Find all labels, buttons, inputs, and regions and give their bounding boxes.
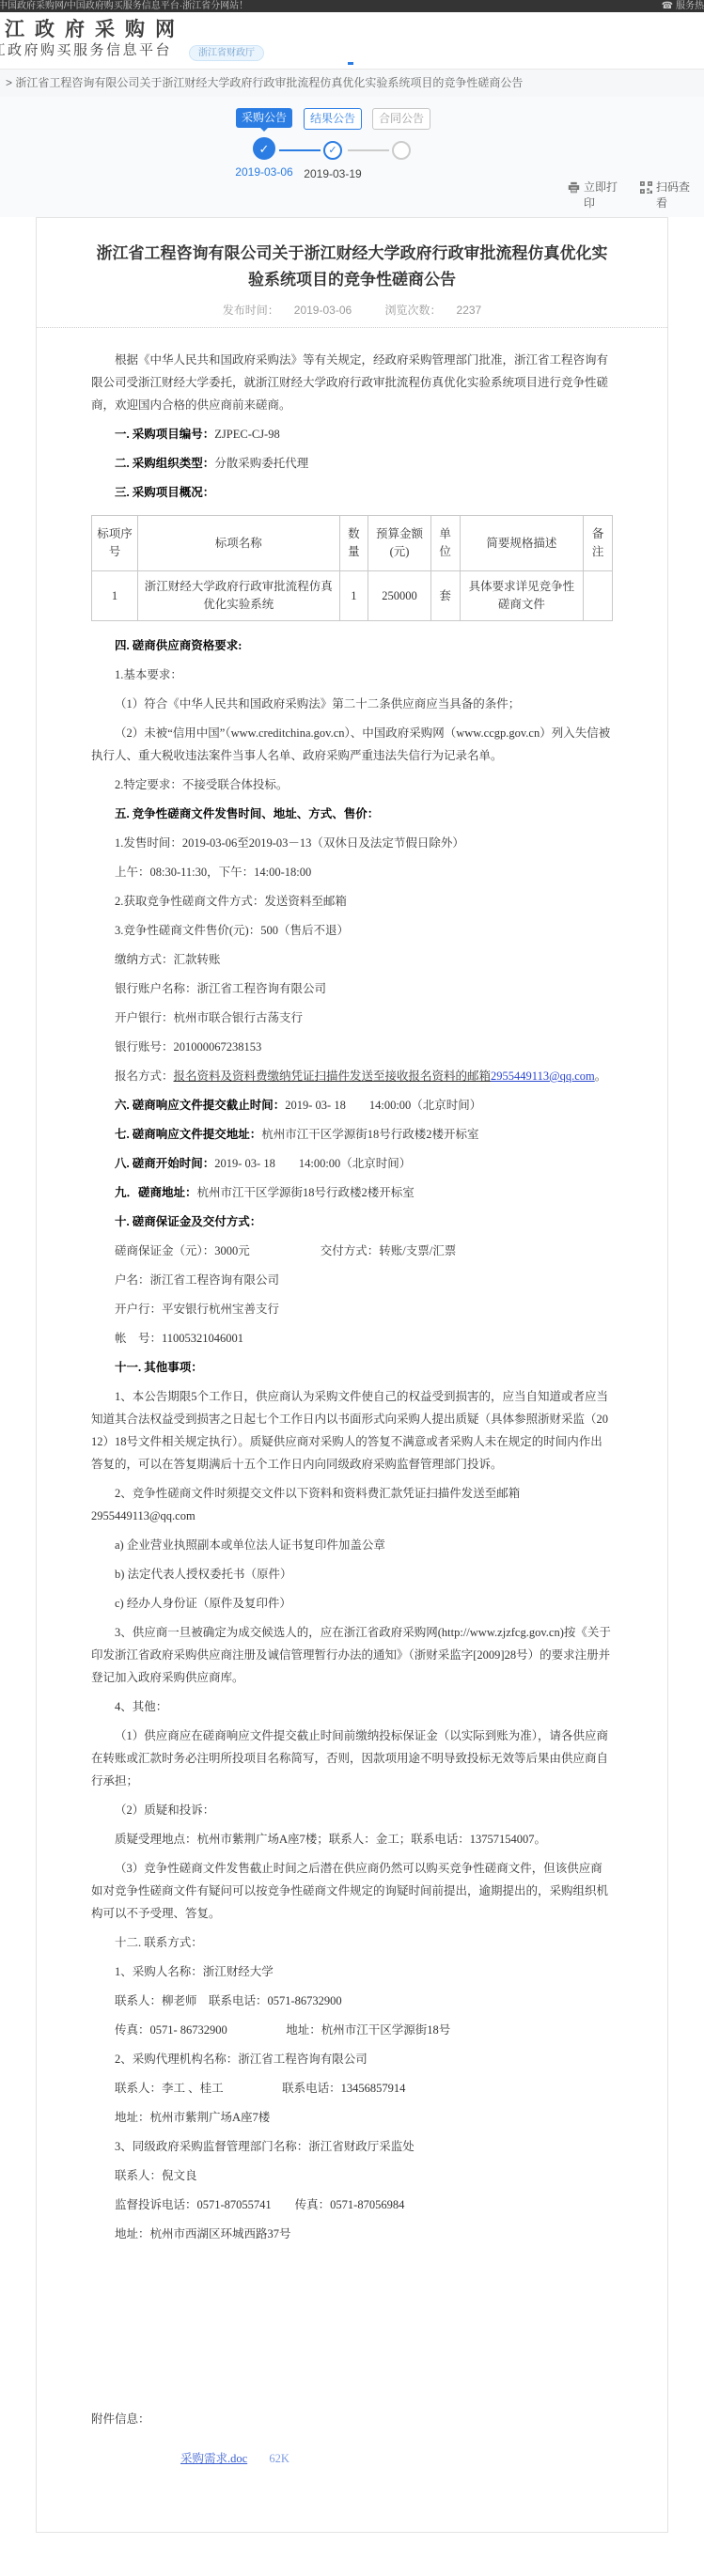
body-line: 4、其他： <box>91 1695 613 1718</box>
site-header: 浙江政府采购网 浙江政府购买服务信息平台 浙江省财政厅 <box>0 12 704 70</box>
line-heading: 十. 磋商保证金及交付方式： <box>115 1215 261 1228</box>
line-heading: 十一. 其他事项： <box>115 1361 203 1374</box>
lot-table-header-cell: 简要规格描述 <box>460 516 584 571</box>
body-line: （2）质疑和投诉： <box>91 1799 613 1821</box>
line-text: ZJPEC-CJ-98 <box>214 428 279 441</box>
body-line: 十一. 其他事项： <box>91 1356 613 1379</box>
body-line: （1）符合《中华人民共和国政府采购法》第二十二条供应商应当具备的条件； <box>91 693 613 715</box>
lot-table-header-cell: 单位 <box>430 516 460 571</box>
body-line: c) 经办人身份证（原件及复印件） <box>91 1592 613 1615</box>
progress-steps: 采购公告 ✓ 2019-03-06 结果公告 ✓ 2019-03-19 合同公告 <box>230 108 443 180</box>
line-text: 开户行：平安银行杭州宝善支行 <box>115 1303 279 1316</box>
line-heading: 七. 磋商响应文件提交地址： <box>115 1128 261 1141</box>
progress-step-tab[interactable]: 采购公告 <box>236 108 292 128</box>
line-text: 3.竞争性磋商文件售价(元)：500（售后不退） <box>115 924 349 937</box>
lot-table-cell: 具体要求详见竞争性磋商文件 <box>460 571 584 621</box>
line-text: （2）未被“信用中国”（www.creditchina.gov.cn）、中国政府… <box>91 726 610 762</box>
body-line: 1、采购人名称：浙江财经大学 <box>91 1960 613 1983</box>
line-text: 根据《中华人民共和国政府采购法》等有关规定，经政府采购管理部门批准，浙江省工程咨… <box>91 353 608 412</box>
body-line: 地址：杭州市西湖区环城西路37号 <box>91 2223 613 2245</box>
body-line: 2、竞争性磋商文件时须提交文件以下资料和资料费汇款凭证扫描件发送至邮箱29554… <box>91 1482 613 1527</box>
line-heading: 五. 竞争性磋商文件发售时间、地址、方式、售价： <box>115 807 379 820</box>
line-text: 联系人：李工 、桂工 联系电话：13456857914 <box>115 2082 405 2095</box>
body-line: 上午：08:30-11:30，下午：14:00-18:00 <box>91 861 613 883</box>
page-actions: 立即打印 扫码查看 <box>568 180 699 211</box>
breadcrumb: > 浙江省工程咨询有限公司关于浙江财经大学政府行政审批流程仿真优化实验系统项目的… <box>0 70 704 97</box>
body-line: 三. 采购项目概况： <box>91 481 613 504</box>
line-text: 3、同级政府采购监督管理部门名称：浙江省财政厅采监处 <box>115 2140 415 2153</box>
lot-table-header-cell: 标项名称 <box>138 516 339 571</box>
main-nav <box>326 41 412 55</box>
progress-step: 结果公告 ✓ 2019-03-19 <box>299 108 368 180</box>
body-line: 3.竞争性磋商文件售价(元)：500（售后不退） <box>91 919 613 942</box>
body-line: 六. 磋商响应文件提交截止时间：2019- 03- 18 14:00:00（北京… <box>91 1094 613 1116</box>
body-line: 银行账户名称：浙江省工程咨询有限公司 <box>91 977 613 1000</box>
check-circle-icon <box>392 141 411 160</box>
body-line: 根据《中华人民共和国政府采购法》等有关规定，经政府采购管理部门批准，浙江省工程咨… <box>91 349 613 416</box>
qrcode-icon <box>640 181 652 194</box>
line-text: （1）供应商应在磋商响应文件提交截止时间前缴纳投标保证金（以实际到账为准），请各… <box>91 1729 608 1788</box>
phone-icon: ☎ <box>662 1 676 11</box>
site-name: 浙江政府采购网 <box>0 19 185 41</box>
line-heading: 四. 磋商供应商资格要求: <box>115 639 242 652</box>
line-continuation: 2955449113@qq.com <box>91 1505 613 1527</box>
body-line: 监督投诉电话：0571-87055741 传真：0571-87056984 <box>91 2194 613 2216</box>
printer-icon <box>568 181 580 194</box>
lot-table-row: 1浙江财经大学政府行政审批流程仿真优化实验系统1250000套具体要求详见竞争性… <box>92 571 613 621</box>
announcement-card: 浙江省工程咨询有限公司关于浙江财经大学政府行政审批流程仿真优化实验系统项目的竞争… <box>36 217 668 2533</box>
line-text: 杭州市江干区学源街18号行政楼2楼开标室 <box>197 1186 415 1199</box>
line-text: 开户银行：杭州市联合银行古荡支行 <box>115 1011 303 1024</box>
body-line: 十. 磋商保证金及交付方式： <box>91 1210 613 1233</box>
progress-zone: 采购公告 ✓ 2019-03-06 结果公告 ✓ 2019-03-19 合同公告… <box>0 97 704 217</box>
attachment-section: 附件信息： 采购需求.doc 62K <box>91 2410 613 2466</box>
body-line: 1.发售时间：2019-03-06至2019-03－13（双休日及法定节假日除外… <box>91 832 613 854</box>
line-text: （2）质疑和投诉： <box>115 1803 214 1817</box>
line-heading: 一. 采购项目编号： <box>115 428 214 441</box>
body-line: 2、采购代理机构名称：浙江省工程咨询有限公司 <box>91 2048 613 2070</box>
hotline-label: 服务热线： <box>676 1 704 11</box>
lot-table-header-cell: 数量 <box>339 516 368 571</box>
progress-step-date: 2019-03-19 <box>304 167 361 180</box>
attachment-file-link[interactable]: 采购需求.doc <box>180 2452 247 2465</box>
body-line: （2）未被“信用中国”（www.creditchina.gov.cn）、中国政府… <box>91 722 613 767</box>
body-line: （1）供应商应在磋商响应文件提交截止时间前缴纳投标保证金（以实际到账为准），请各… <box>91 1725 613 1792</box>
body-line: 银行账号：201000067238153 <box>91 1036 613 1058</box>
body-line: 七. 磋商响应文件提交地址：杭州市江干区学源街18号行政楼2楼开标室 <box>91 1123 613 1146</box>
line-tail: 。 <box>595 1069 607 1083</box>
line-text: 2、采购代理机构名称：浙江省工程咨询有限公司 <box>115 2053 368 2066</box>
line-text: 2、竞争性磋商文件时须提交文件以下资料和资料费汇款凭证扫描件发送至邮箱 <box>115 1487 520 1500</box>
line-heading: 八. 磋商开始时间： <box>115 1157 214 1170</box>
progress-step-date: 2019-03-06 <box>235 165 292 179</box>
line-text: 地址：杭州市紫荆广场A座7楼 <box>115 2111 270 2124</box>
line-text: 4、其他： <box>115 1700 167 1713</box>
progress-step-tab[interactable]: 结果公告 <box>304 108 362 130</box>
intro-section: 根据《中华人民共和国政府采购法》等有关规定，经政府采购管理部门批准，浙江省工程咨… <box>91 349 613 504</box>
line-text: b) 法定代表人授权委托书（原件） <box>115 1568 292 1581</box>
body-line: 3、供应商一旦被确定为成交候选人的，应在浙江省政府采购网(http://www.… <box>91 1621 613 1689</box>
underlined-text: 报名资料及资料费缴纳凭证扫描件发送至接收报名资料的邮箱 <box>174 1069 492 1083</box>
line-text: 2.特定要求：不接受联合体投标。 <box>115 778 288 791</box>
body-line: 质疑受理地点：杭州市紫荆广场A座7楼；联系人：金工；联系电话：137571540… <box>91 1828 613 1850</box>
line-text: 户名：浙江省工程咨询有限公司 <box>115 1273 279 1287</box>
attachment-row: 采购需求.doc 62K <box>180 2449 613 2466</box>
line-text: 分散采购委托代理 <box>214 457 308 470</box>
qrcode-label: 扫码查看 <box>656 180 690 210</box>
line-text: 2019- 03- 18 14:00:00（北京时间） <box>214 1157 411 1170</box>
line-text: 监督投诉电话：0571-87055741 传真：0571-87056984 <box>115 2198 404 2211</box>
body-line: 2.特定要求：不接受联合体投标。 <box>91 773 613 796</box>
print-button[interactable]: 立即打印 <box>568 180 627 211</box>
line-text: 1.基本要求： <box>115 668 182 681</box>
lot-table-cell: 套 <box>430 571 460 621</box>
body-line: a) 企业营业执照副本或单位法人证书复印件加盖公章 <box>91 1534 613 1556</box>
line-text: 联系人：柳老师 联系电话：0571-86732900 <box>115 1994 342 2007</box>
line-heading: 六. 磋商响应文件提交截止时间： <box>115 1099 285 1112</box>
attachment-file-size: 62K <box>269 2452 289 2465</box>
body-line: 3、同级政府采购监督管理部门名称：浙江省财政厅采监处 <box>91 2135 613 2158</box>
welcome-text: 欢迎来到中国政府采购网/中国政府购买服务信息平台·浙江省分网站！ <box>0 0 248 12</box>
line-text: 地址：杭州市西湖区环城西路37号 <box>115 2227 291 2240</box>
body-line: 联系人：李工 、桂工 联系电话：13456857914 <box>91 2077 613 2100</box>
line-text: 银行账户名称：浙江省工程咨询有限公司 <box>115 982 326 995</box>
top-strip: 欢迎来到中国政府采购网/中国政府购买服务信息平台·浙江省分网站！ ☎ 服务热线： <box>0 0 704 12</box>
line-text: 1、采购人名称：浙江财经大学 <box>115 1965 274 1978</box>
publish-date: 发布时间：2019-03-06 <box>215 304 359 317</box>
progress-step-circle-row <box>368 138 436 163</box>
body-line: 联系人：柳老师 联系电话：0571-86732900 <box>91 1990 613 2012</box>
hotline: ☎ 服务热线： <box>662 0 704 12</box>
lot-table-cell <box>584 571 613 621</box>
email-link[interactable]: 2955449113@qq.com <box>491 1069 595 1083</box>
body-line: 1、本公告期限5个工作日，供应商认为采购文件使自己的权益受到损害的，应当自知道或… <box>91 1385 613 1475</box>
line-text: 质疑受理地点：杭州市紫荆广场A座7楼；联系人：金工；联系电话：137571540… <box>115 1833 546 1846</box>
site-logo: 浙江政府采购网 浙江政府购买服务信息平台 <box>0 19 185 60</box>
lot-table-cell: 250000 <box>368 571 431 621</box>
bottom-spacer <box>91 2252 613 2410</box>
line-text: 银行账号：201000067238153 <box>115 1040 261 1054</box>
line-text: 1.发售时间：2019-03-06至2019-03－13（双休日及法定节假日除外… <box>115 836 464 850</box>
check-circle-icon: ✓ <box>253 137 275 160</box>
site-subtitle: 浙江政府购买服务信息平台 <box>0 41 185 60</box>
progress-widget: 采购公告 ✓ 2019-03-06 结果公告 ✓ 2019-03-19 合同公告 <box>230 97 443 180</box>
line-text: 2.获取竞争性磋商文件方式：发送资料至邮箱 <box>115 895 347 908</box>
lot-table-cell: 1 <box>92 571 138 621</box>
body-section: 四. 磋商供应商资格要求:1.基本要求：（1）符合《中华人民共和国政府采购法》第… <box>91 634 613 2245</box>
body-line: 九．磋商地址：杭州市江干区学源街18号行政楼2楼开标室 <box>91 1181 613 1204</box>
line-text: 磋商保证金（元）：3000元 交付方式：转账/支票/汇票 <box>115 1244 456 1257</box>
lot-table-cell: 浙江财经大学政府行政审批流程仿真优化实验系统 <box>138 571 339 621</box>
lot-table-header-cell: 预算金额(元) <box>368 516 431 571</box>
line-text: 报名方式： <box>115 1069 174 1083</box>
line-text: 联系人：倪文良 <box>115 2169 197 2182</box>
body-line: 缴纳方式：汇款转账 <box>91 948 613 971</box>
body-line: 二. 采购组织类型：分散采购委托代理 <box>91 452 613 475</box>
body-line: 五. 竞争性磋商文件发售时间、地址、方式、售价： <box>91 803 613 825</box>
body-line: 磋商保证金（元）：3000元 交付方式：转账/支票/汇票 <box>91 1240 613 1262</box>
check-circle-icon: ✓ <box>323 141 342 160</box>
line-text: （3）竞争性磋商文件发售截止时间之后潜在供应商仍然可以购买竞争性磋商文件，但该供… <box>91 1862 608 1920</box>
body-line: （3）竞争性磋商文件发售截止时间之后潜在供应商仍然可以购买竞争性磋商文件，但该供… <box>91 1857 613 1925</box>
line-text: 传真：0571- 86732900 地址：杭州市江干区学源街18号 <box>115 2023 450 2037</box>
progress-step-tab[interactable]: 合同公告 <box>372 108 430 130</box>
authority-badge: 浙江省财政厅 <box>189 45 264 61</box>
line-text: 缴纳方式：汇款转账 <box>115 953 221 966</box>
body-line: 四. 磋商供应商资格要求: <box>91 634 613 657</box>
body-line: 地址：杭州市紫荆广场A座7楼 <box>91 2106 613 2129</box>
announcement-meta: 发布时间：2019-03-06 浏览次数：2237 <box>91 302 613 318</box>
page-title: 浙江省工程咨询有限公司关于浙江财经大学政府行政审批流程仿真优化实验系统项目的竞争… <box>96 241 608 293</box>
line-text: 上午：08:30-11:30，下午：14:00-18:00 <box>115 866 311 879</box>
line-text: c) 经办人身份证（原件及复印件） <box>115 1597 291 1610</box>
line-text: 帐 号：11005321046001 <box>115 1332 243 1345</box>
line-text: 杭州市江干区学源街18号行政楼2楼开标室 <box>261 1128 478 1141</box>
line-heading: 三. 采购项目概况： <box>115 486 214 499</box>
line-text: 十二. 联系方式： <box>115 1936 203 1949</box>
body-line: b) 法定代表人授权委托书（原件） <box>91 1563 613 1585</box>
progress-step: 采购公告 ✓ 2019-03-06 <box>230 108 299 180</box>
body-line: 报名方式：报名资料及资料费缴纳凭证扫描件发送至接收报名资料的邮箱29554491… <box>91 1065 613 1087</box>
body-line: 1.基本要求： <box>91 664 613 686</box>
line-text: （1）符合《中华人民共和国政府采购法》第二十二条供应商应当具备的条件； <box>115 697 520 710</box>
divider <box>37 327 667 328</box>
body-line: 开户银行：杭州市联合银行古荡支行 <box>91 1007 613 1029</box>
view-count: 浏览次数：2237 <box>378 304 490 317</box>
body-line: 2.获取竞争性磋商文件方式：发送资料至邮箱 <box>91 890 613 913</box>
body-line: 传真：0571- 86732900 地址：杭州市江干区学源街18号 <box>91 2019 613 2041</box>
body-line: 八. 磋商开始时间：2019- 03- 18 14:00:00（北京时间） <box>91 1152 613 1175</box>
line-heading: 二. 采购组织类型： <box>115 457 214 470</box>
line-text: 3、供应商一旦被确定为成交候选人的，应在浙江省政府采购网(http://www.… <box>91 1626 611 1684</box>
lot-table-cell: 1 <box>339 571 368 621</box>
qrcode-button[interactable]: 扫码查看 <box>640 180 699 211</box>
lot-table-header-row: 标项序号标项名称数量预算金额(元)单位简要规格描述备注 <box>92 516 613 571</box>
body-line: 帐 号：11005321046001 <box>91 1327 613 1350</box>
line-text: 2019- 03- 18 14:00:00（北京时间） <box>285 1099 481 1112</box>
body-line: 户名：浙江省工程咨询有限公司 <box>91 1269 613 1291</box>
progress-step: 合同公告 <box>368 108 436 180</box>
line-text: a) 企业营业执照副本或单位法人证书复印件加盖公章 <box>115 1538 385 1552</box>
lot-table-header-cell: 标项序号 <box>92 516 138 571</box>
lot-table-header-cell: 备注 <box>584 516 613 571</box>
print-label: 立即打印 <box>584 180 618 210</box>
body-line: 联系人：倪文良 <box>91 2164 613 2187</box>
body-line: 一. 采购项目编号：ZJPEC-CJ-98 <box>91 423 613 445</box>
body-line: 十二. 联系方式： <box>91 1931 613 1954</box>
attachment-label: 附件信息： <box>91 2410 613 2427</box>
body-line: 开户行：平安银行杭州宝善支行 <box>91 1298 613 1320</box>
line-heading: 九．磋商地址： <box>115 1186 197 1199</box>
progress-step-circle-row: ✓ <box>230 136 299 161</box>
line-text: 1、本公告期限5个工作日，供应商认为采购文件使自己的权益受到损害的，应当自知道或… <box>91 1390 608 1471</box>
lot-table: 标项序号标项名称数量预算金额(元)单位简要规格描述备注 1浙江财经大学政府行政审… <box>91 515 613 621</box>
